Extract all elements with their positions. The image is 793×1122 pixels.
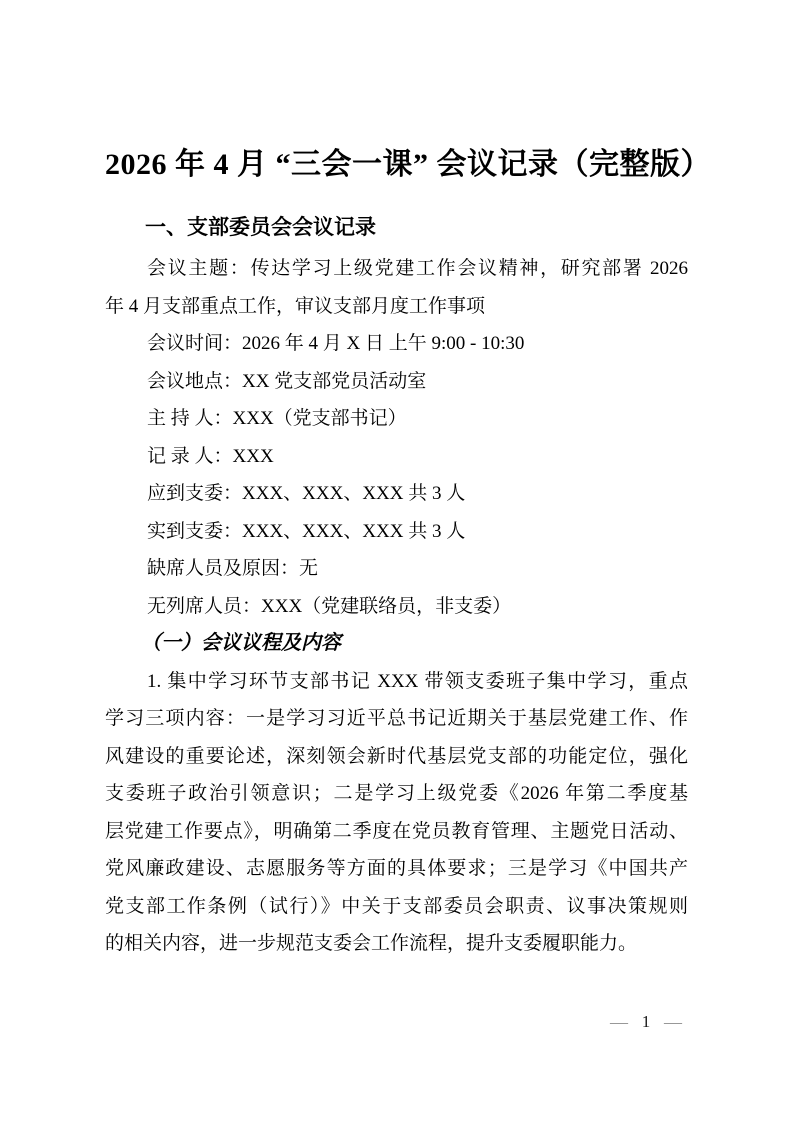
meta-line: 会议时间：2026 年 4 月 X 日 上午 9:00 - 10:30 — [105, 325, 688, 363]
sub-heading-agenda: （一）会议议程及内容 — [141, 625, 688, 663]
body-line: 党风廉政建设、志愿服务等方面的具体要求；三是学习《中国共产 — [105, 850, 688, 888]
footer-page-number: 1 — [642, 1010, 651, 1034]
body-line: 1. 集中学习环节支部书记 XXX 带领支委班子集中学习，重点 — [105, 663, 688, 701]
meeting-meta-block: 会议主题：传达学习上级党建工作会议精神，研究部署 2026年 4 月支部重点工作… — [105, 250, 688, 625]
meta-line: 应到支委：XXX、XXX、XXX 共 3 人 — [105, 475, 688, 513]
body-line: 的相关内容，进一步规范支委会工作流程，提升支委履职能力。 — [105, 925, 688, 963]
footer-dash-left: — — [610, 1010, 628, 1034]
document-title: 2026 年 4 月 “三会一课” 会议记录（完整版） — [105, 142, 688, 188]
footer-dash-right: — — [664, 1010, 682, 1034]
meta-line: 会议地点：XX 党支部党员活动室 — [105, 363, 688, 401]
meta-line: 主 持 人：XXX（党支部书记） — [105, 400, 688, 438]
document-content: 2026 年 4 月 “三会一课” 会议记录（完整版） 一、支部委员会会议记录 … — [105, 0, 688, 963]
document-page: 2026 年 4 月 “三会一课” 会议记录（完整版） 一、支部委员会会议记录 … — [0, 0, 793, 1122]
meta-line: 年 4 月支部重点工作，审议支部月度工作事项 — [105, 288, 688, 326]
meta-line: 无列席人员：XXX（党建联络员，非支委） — [105, 588, 688, 626]
body-line: 风建设的重要论述，深刻领会新时代基层党支部的功能定位，强化 — [105, 738, 688, 776]
body-line: 层党建工作要点》，明确第二季度在党员教育管理、主题党日活动、 — [105, 813, 688, 851]
body-line: 学习三项内容：一是学习习近平总书记近期关于基层党建工作、作 — [105, 700, 688, 738]
meta-line: 实到支委：XXX、XXX、XXX 共 3 人 — [105, 513, 688, 551]
body-line: 支委班子政治引领意识；二是学习上级党委《2026 年第二季度基 — [105, 775, 688, 813]
agenda-body-block: 1. 集中学习环节支部书记 XXX 带领支委班子集中学习，重点学习三项内容：一是… — [105, 663, 688, 963]
body-line: 党支部工作条例（试行）》中关于支部委员会职责、议事决策规则 — [105, 888, 688, 926]
section-heading: 一、支部委员会会议记录 — [145, 213, 688, 243]
page-footer: — 1 — — [610, 1010, 682, 1034]
meta-line: 记 录 人：XXX — [105, 438, 688, 476]
meta-line: 会议主题：传达学习上级党建工作会议精神，研究部署 2026 — [105, 250, 688, 288]
meta-line: 缺席人员及原因：无 — [105, 550, 688, 588]
